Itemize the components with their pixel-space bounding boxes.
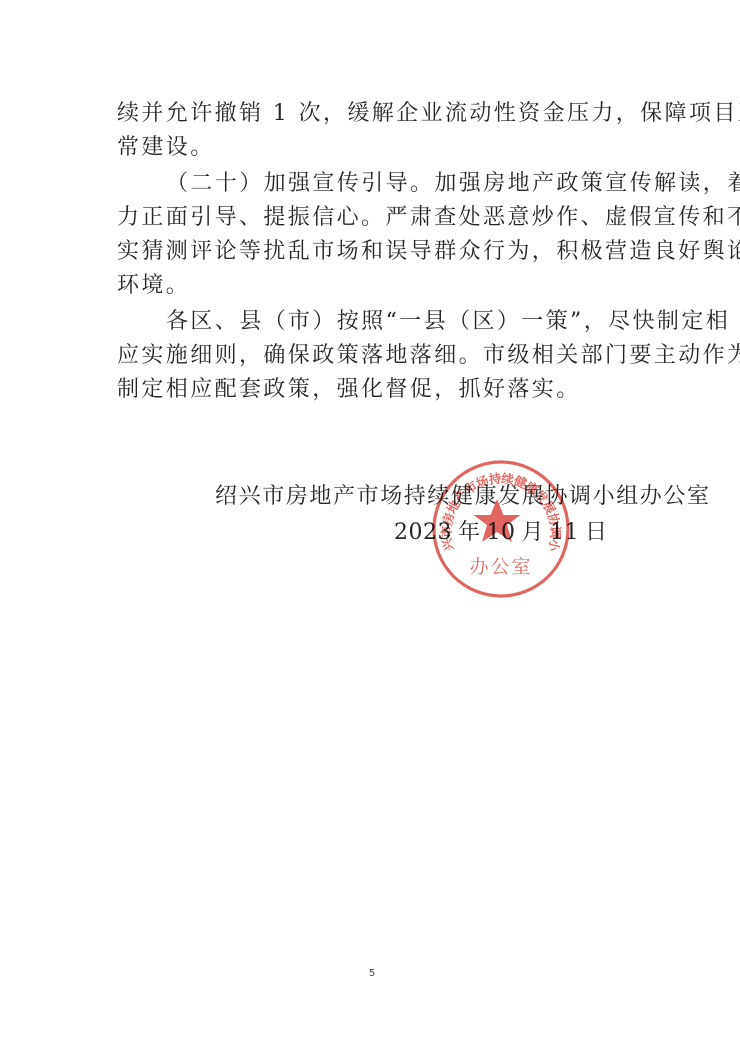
document-page: 续并允许撤销 1 次，缓解企业流动性资金压力，保障项目正 常建设。 （二十）加强… xyxy=(0,0,740,1046)
body-line: 续并允许撤销 1 次，缓解企业流动性资金压力，保障项目正 xyxy=(117,97,635,131)
body-line: 制定相应配套政策，强化督促，抓好落实。 xyxy=(117,373,635,407)
page-number: 5 xyxy=(366,968,378,979)
body-line: 实猜测评论等扰乱市场和误导群众行为，积极营造良好舆论 xyxy=(117,235,635,269)
body-line-item-20-heading: （二十）加强宣传引导。加强房地产政策宣传解读，着 xyxy=(117,167,635,201)
body-line: 环境。 xyxy=(117,269,635,303)
date-day-unit: 日 xyxy=(585,520,608,545)
body-line: 常建设。 xyxy=(117,131,635,165)
official-seal-icon: 绍兴市房地产市场持续健康发展协调小组 办公室 xyxy=(431,459,571,599)
star-icon xyxy=(474,499,521,542)
body-line: 各区、县（市）按照“一县（区）一策”，尽快制定相 xyxy=(117,305,635,339)
body-line: 力正面引导、提振信心。严肃查处恶意炒作、虚假宣传和不 xyxy=(117,201,635,235)
body-line: 应实施细则，确保政策落地落细。市级相关部门要主动作为， xyxy=(117,339,635,373)
document-body: 续并允许撤销 1 次，缓解企业流动性资金压力，保障项目正 常建设。 （二十）加强… xyxy=(117,97,635,407)
stamp-center-text: 办公室 xyxy=(469,556,532,578)
